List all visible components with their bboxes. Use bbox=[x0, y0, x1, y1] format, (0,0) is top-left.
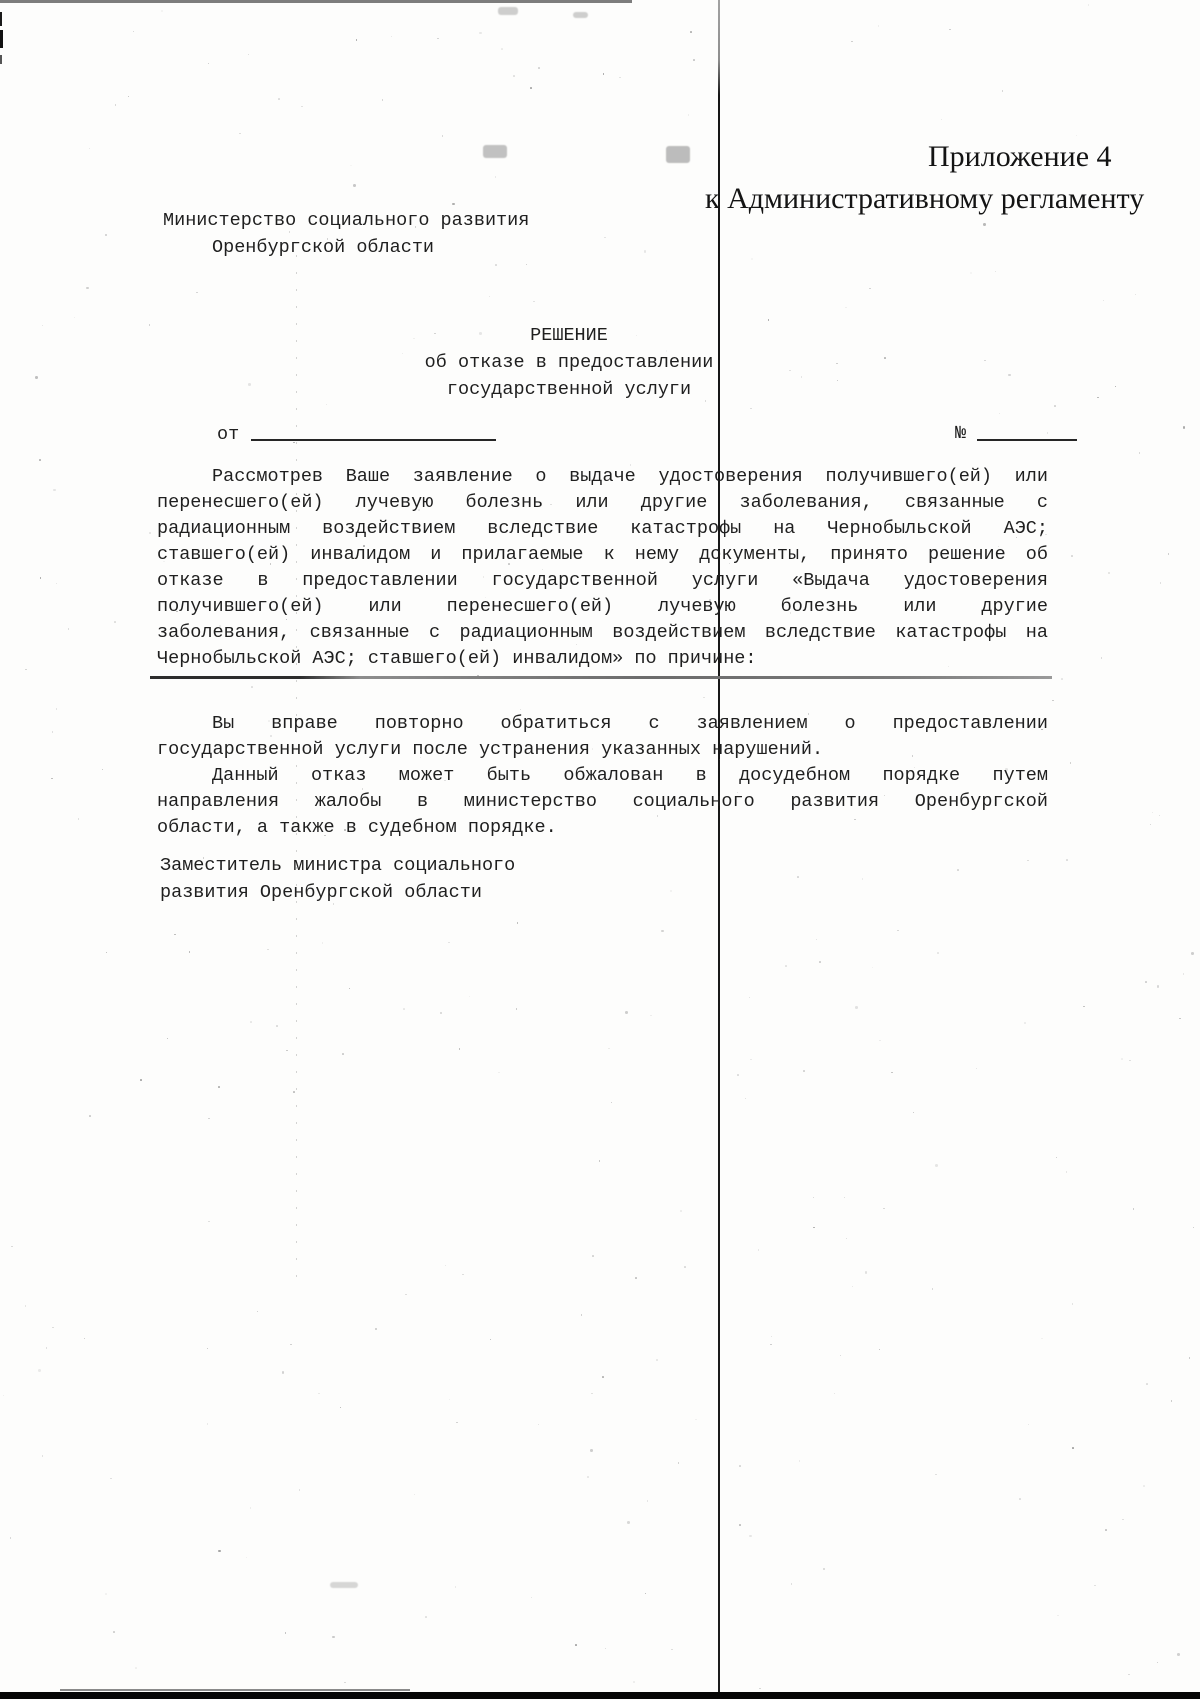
body-text-line: отказе в предоставлении государственной … bbox=[157, 568, 1048, 594]
body-text-line: области, а также в судебном порядке. bbox=[157, 815, 1048, 841]
scan-smudge bbox=[483, 145, 507, 158]
scan-top-edge bbox=[0, 0, 632, 3]
body-text-line: Данный отказ может быть обжалован в досу… bbox=[157, 763, 1048, 789]
date-blank-line bbox=[251, 439, 496, 441]
signature-title-line2: развития Оренбургской области bbox=[160, 879, 515, 906]
body-text-line: Чернобыльской АЭС; ставшего(ей) инвалидо… bbox=[157, 646, 1048, 672]
ministry-name: Министерство социального развития Оренбу… bbox=[163, 207, 529, 261]
page-fold-line bbox=[718, 0, 720, 1699]
appendix-heading-line2: к Административному регламенту bbox=[705, 182, 1144, 216]
scan-smudge bbox=[498, 7, 518, 15]
document-title: РЕШЕНИЕ об отказе в предоставлении госуд… bbox=[157, 322, 981, 403]
document-title-line3: государственной услуги bbox=[157, 376, 981, 403]
body-text-line: государственной услуги после устранения … bbox=[157, 737, 1048, 763]
number-label: № bbox=[955, 421, 966, 447]
scan-left-edge-mark bbox=[0, 12, 2, 26]
body-text-line: ставшего(ей) инвалидом и прилагаемые к н… bbox=[157, 542, 1048, 568]
date-label: от bbox=[217, 422, 239, 448]
scanned-document-page: Приложение 4 к Административному регламе… bbox=[0, 0, 1200, 1699]
scan-smudge bbox=[666, 146, 690, 163]
document-title-line1: РЕШЕНИЕ bbox=[157, 322, 981, 349]
signature-title-line1: Заместитель министра социального bbox=[160, 852, 515, 879]
number-blank-line bbox=[977, 439, 1077, 441]
body-text-line: радиационным воздействием вследствие кат… bbox=[157, 516, 1048, 542]
body-paragraph-appeal: Вы вправе повторно обратиться с заявлени… bbox=[157, 711, 1048, 841]
scan-bottom-edge bbox=[0, 1692, 1200, 1699]
body-paragraph-refusal: Рассмотрев Ваше заявление о выдаче удост… bbox=[157, 464, 1048, 672]
body-text-line: направления жалобы в министерство социал… bbox=[157, 789, 1048, 815]
scan-smudge bbox=[573, 12, 588, 18]
body-text-line: перенесшего(ей) лучевую болезнь или друг… bbox=[157, 490, 1048, 516]
reason-blank-line bbox=[150, 676, 1052, 679]
ministry-name-line1: Министерство социального развития bbox=[163, 207, 529, 234]
body-text-line: заболевания, связанные с радиационным во… bbox=[157, 620, 1048, 646]
ministry-name-line2: Оренбургской области bbox=[212, 234, 529, 261]
signature-title: Заместитель министра социального развити… bbox=[160, 852, 515, 906]
scan-smudge bbox=[330, 1582, 358, 1588]
appendix-heading-line1: Приложение 4 bbox=[928, 140, 1112, 174]
body-text-line: получившего(ей) или перенесшего(ей) луче… bbox=[157, 594, 1048, 620]
body-text-line: Вы вправе повторно обратиться с заявлени… bbox=[157, 711, 1048, 737]
scan-bottom-edge bbox=[60, 1689, 410, 1691]
body-text-line: Рассмотрев Ваше заявление о выдаче удост… bbox=[157, 464, 1048, 490]
scan-left-edge-mark bbox=[0, 55, 2, 64]
scan-left-edge-mark bbox=[0, 30, 3, 48]
document-title-line2: об отказе в предоставлении bbox=[157, 349, 981, 376]
